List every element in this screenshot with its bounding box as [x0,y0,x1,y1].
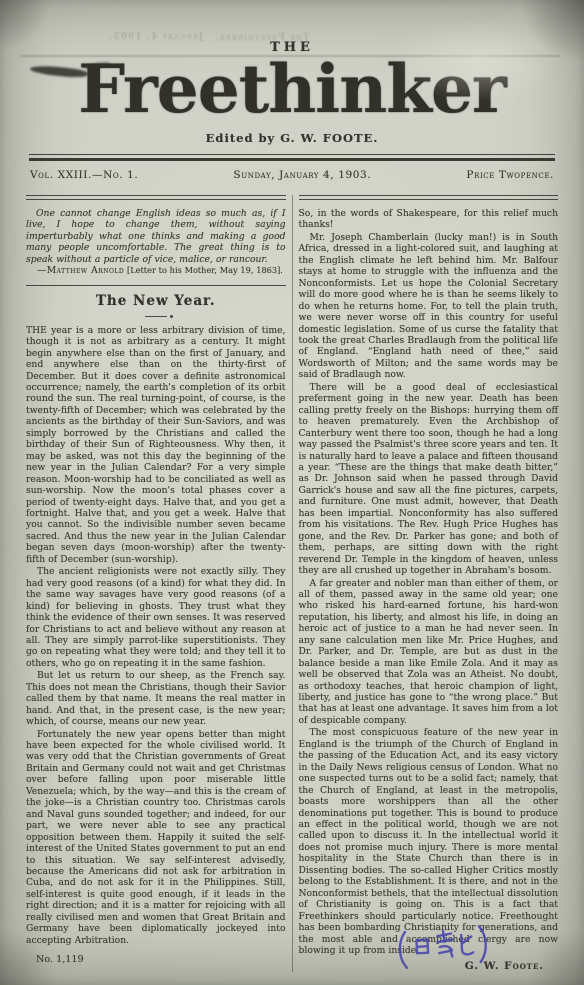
issue-number-footline: No. 1,119 [26,954,286,965]
masthead-rule [29,154,555,161]
newspaper-page: January 4, 1903. The Freethinker. THE Fr… [0,0,584,985]
dateline: Vol. XXIII.—No. 1. Sunday, January 4, 19… [0,161,584,181]
issue-date: Sunday, January 4, 1903. [233,169,371,181]
title-ornament [145,316,167,317]
paragraph: But let us return to our sheep, as the F… [26,670,286,727]
editor-line: Edited by G. W. FOOTE. [0,131,584,145]
article-columns: One cannot change English ideas so much … [0,181,584,972]
epigraph: One cannot change English ideas so much … [26,208,286,277]
paragraph: Mr. Joseph Chamberlain (lucky man!) is i… [299,232,559,381]
paragraph: The ancient religionists were not exactl… [26,566,286,669]
column-top-rule [299,195,559,200]
article-title: The New Year. [26,293,286,309]
epigraph-text: One cannot change English ideas so much … [26,208,286,265]
price: Price Twopence. [466,169,554,181]
masthead: THE Freethinker Edited by G. W. FOOTE. [0,0,584,145]
paragraph: So, in the words of Shakespeare, for thi… [299,208,559,231]
ink-stamp-glyphs [391,921,493,974]
epigraph-author: —Matthew Arnold [37,265,124,276]
paragraph: There will be a good deal of ecclesiasti… [299,382,559,577]
paper-title: Freethinker [0,57,584,121]
section-rule [26,285,286,286]
paragraph: Fortunately the new year opens better th… [26,729,286,947]
epigraph-attribution: —Matthew Arnold [Letter to his Mother, M… [26,265,286,276]
epigraph-source: [Letter to his Mother, May 19, 1863]. [124,265,283,275]
column-divider-rule [292,195,293,972]
paragraph: THE year is a more or less arbitrary div… [26,325,286,566]
right-column: So, in the words of Shakespeare, for thi… [299,195,559,972]
ink-stamp [391,921,494,978]
paragraph: The most conspicuous feature of the new … [299,727,559,956]
column-top-rule [26,195,286,200]
volume-number: Vol. XXIII.—No. 1. [30,169,138,181]
paragraph: A far greater and nobler man than either… [299,578,559,727]
left-column: One cannot change English ideas so much … [26,195,286,972]
